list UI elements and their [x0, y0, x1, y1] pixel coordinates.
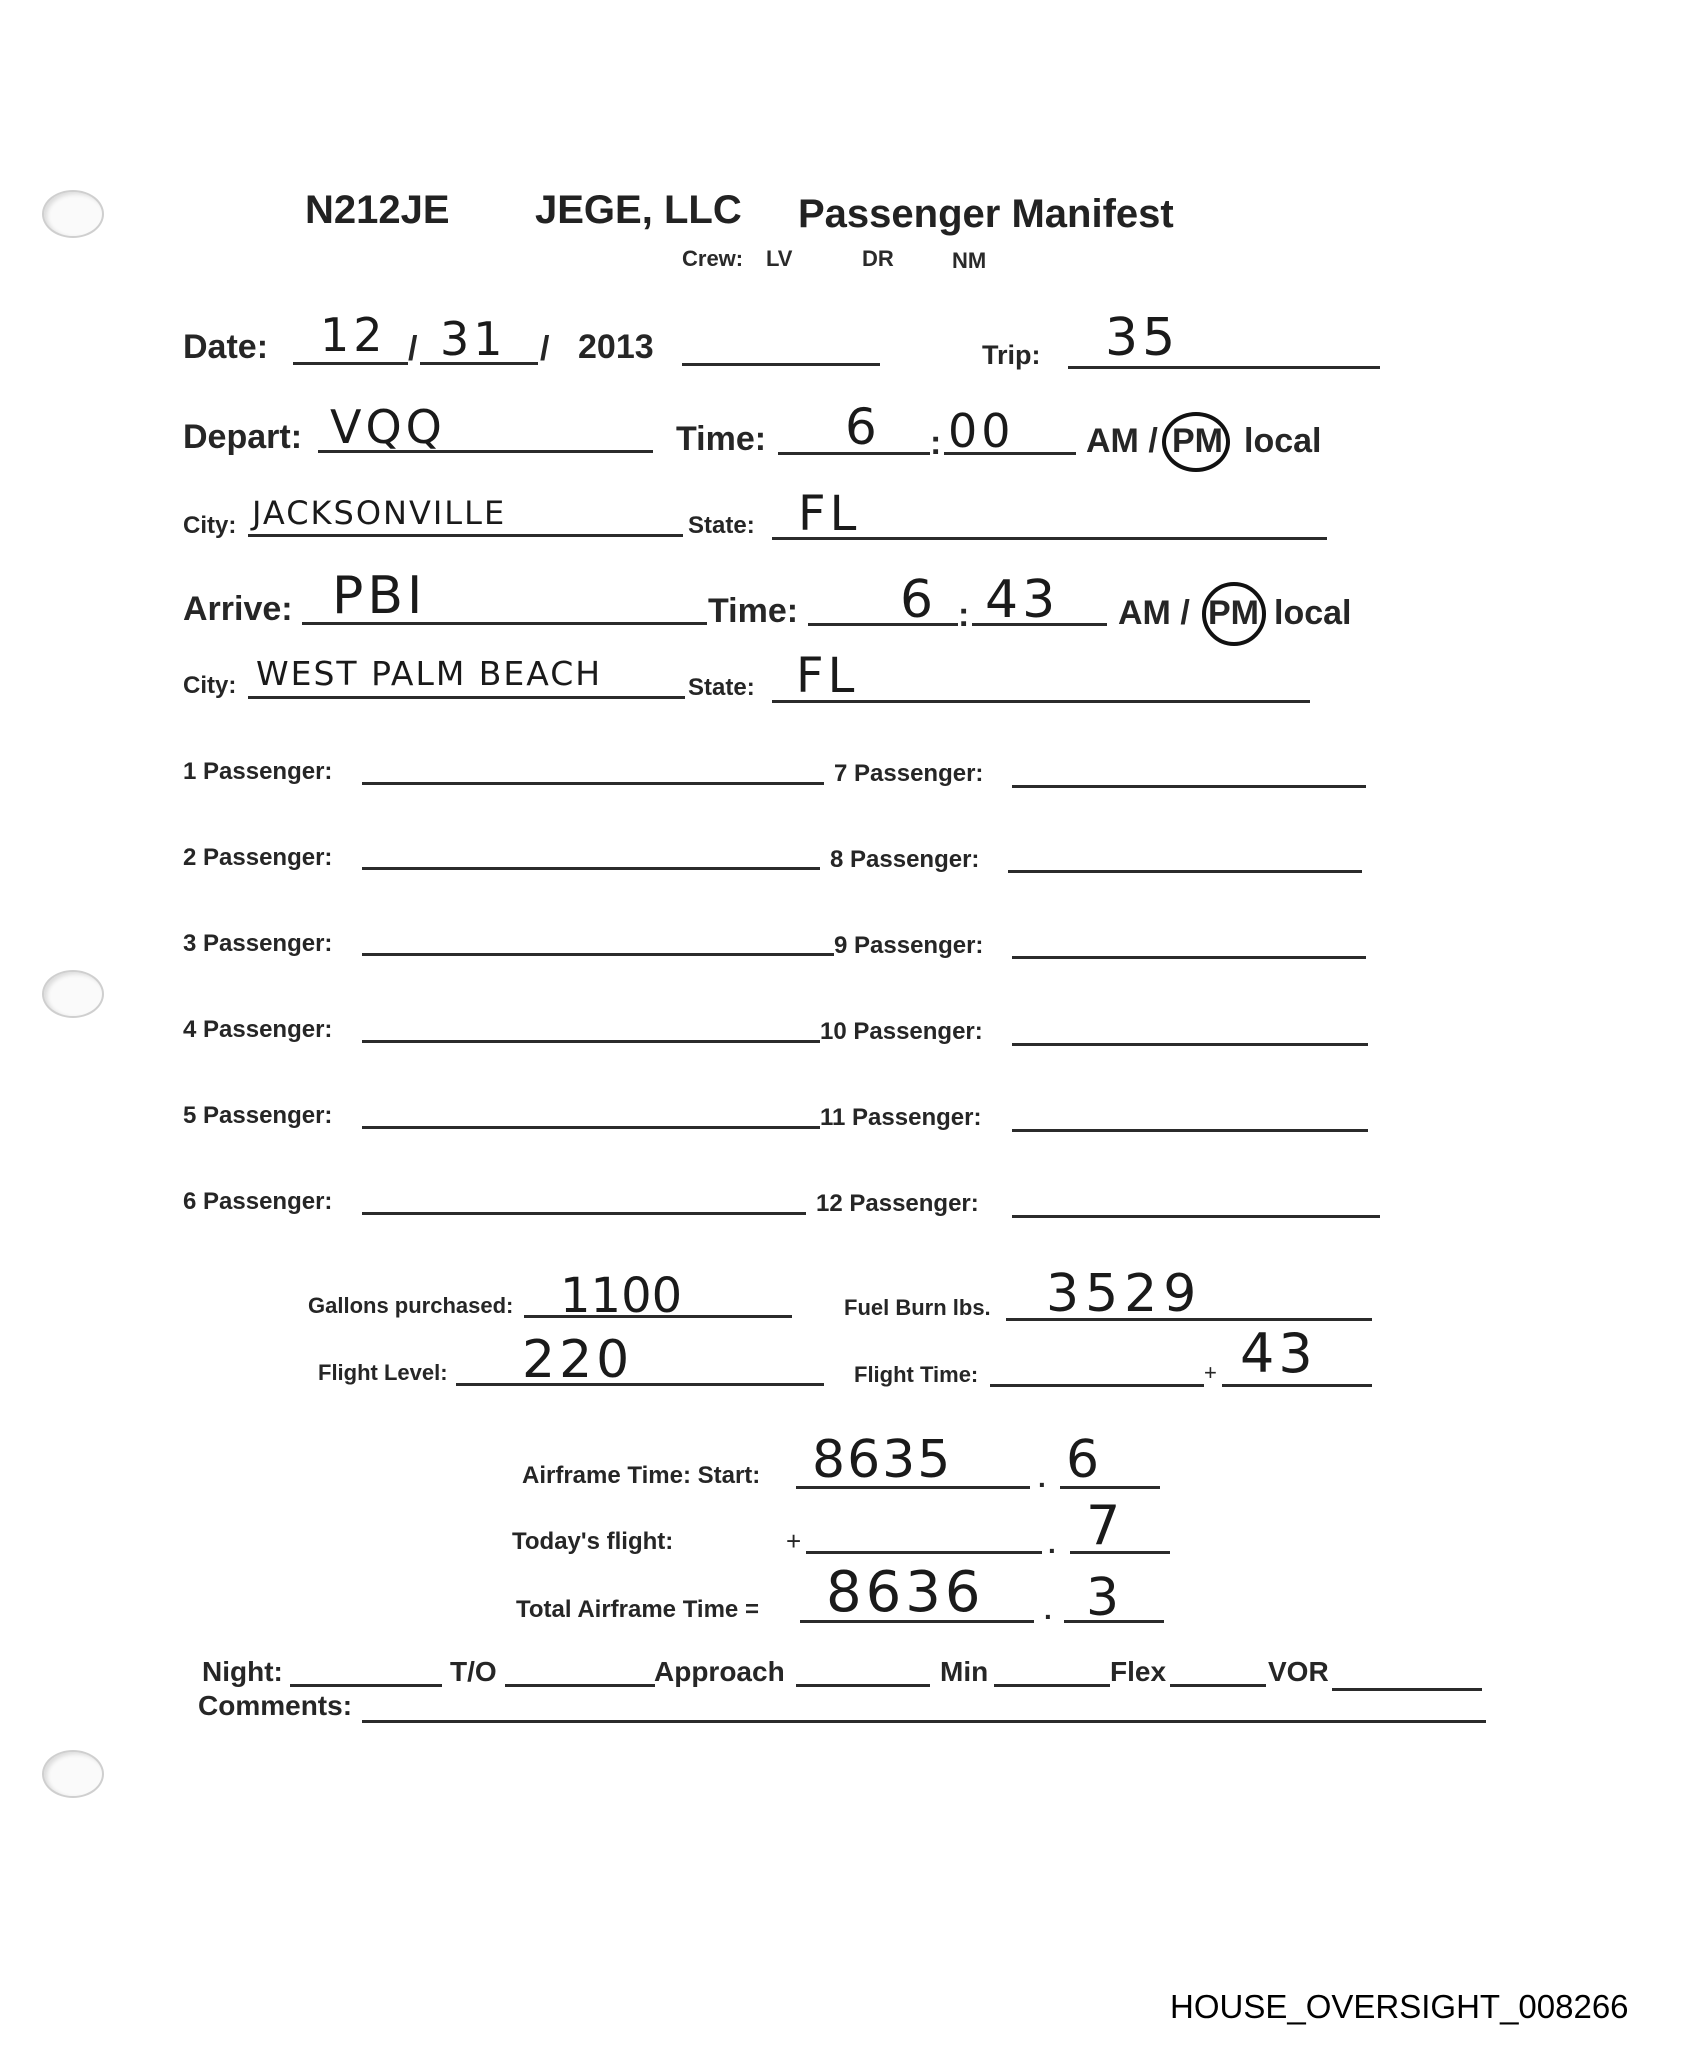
date-separator-1: /: [408, 330, 417, 369]
trip-label: Trip:: [982, 340, 1041, 371]
arrive-minute-field[interactable]: 43: [985, 570, 1059, 630]
crew-member-2: DR: [862, 246, 894, 272]
flight-time-hours-line[interactable]: [990, 1384, 1204, 1387]
depart-city-field[interactable]: JACKSONVILLE: [252, 494, 506, 532]
depart-am-option[interactable]: AM /: [1086, 422, 1158, 461]
approach-field[interactable]: [796, 1684, 930, 1687]
takeoff-label: T/O: [450, 1656, 497, 1688]
date-label: Date:: [183, 328, 268, 367]
total-airframe-label: Total Airframe Time =: [516, 1596, 759, 1624]
arrive-state-field[interactable]: FL: [796, 648, 858, 704]
vor-label: VOR: [1268, 1656, 1329, 1688]
gallons-field[interactable]: 1100: [560, 1268, 682, 1324]
passenger-8-label: 8 Passenger:: [830, 846, 979, 874]
depart-pm-selected-circle: [1162, 412, 1230, 472]
approach-label: Approach: [654, 1656, 785, 1688]
passenger-10-field[interactable]: [1012, 1043, 1368, 1046]
passenger-7-field[interactable]: [1012, 785, 1366, 788]
passenger-2-field[interactable]: [362, 867, 820, 870]
date-day-field[interactable]: 31: [440, 312, 507, 366]
company-name: JEGE, LLC: [535, 188, 742, 233]
depart-airport-field[interactable]: VQQ: [330, 400, 446, 454]
passenger-11-label: 11 Passenger:: [820, 1104, 981, 1132]
todays-flight-plus: +: [786, 1526, 801, 1557]
total-airframe-dot: .: [1044, 1594, 1052, 1626]
passenger-1-field[interactable]: [362, 782, 824, 785]
passenger-4-field[interactable]: [362, 1040, 820, 1043]
arrive-city-line: [248, 696, 685, 699]
min-label: Min: [940, 1656, 988, 1688]
todays-flight-label: Today's flight:: [512, 1528, 673, 1556]
passenger-6-label: 6 Passenger:: [183, 1188, 332, 1216]
arrive-pm-selected-circle: [1202, 582, 1266, 646]
passenger-12-field[interactable]: [1012, 1215, 1380, 1218]
depart-local-label: local: [1244, 422, 1321, 461]
arrive-city-field[interactable]: WEST PALM BEACH: [256, 654, 602, 693]
flex-field[interactable]: [1170, 1684, 1266, 1687]
crew-label: Crew:: [682, 246, 743, 272]
night-field[interactable]: [290, 1684, 442, 1687]
arrive-city-label: City:: [183, 672, 236, 700]
arrive-am-option[interactable]: AM /: [1118, 594, 1190, 633]
airframe-start-label: Airframe Time: Start:: [522, 1462, 760, 1490]
depart-time-label: Time:: [676, 420, 766, 459]
total-airframe-whole-field[interactable]: 8636: [826, 1560, 985, 1625]
passenger-11-field[interactable]: [1012, 1129, 1368, 1132]
total-airframe-decimal-field[interactable]: 3: [1086, 1568, 1123, 1628]
fuel-burn-field[interactable]: 3529: [1046, 1264, 1202, 1324]
arrive-time-colon: :: [958, 596, 969, 635]
depart-state-field[interactable]: FL: [798, 486, 860, 542]
comments-label: Comments:: [198, 1690, 352, 1722]
vor-field[interactable]: [1332, 1688, 1482, 1691]
takeoff-field[interactable]: [505, 1684, 655, 1687]
flight-level-line: [456, 1383, 824, 1386]
passenger-12-label: 12 Passenger:: [816, 1190, 979, 1218]
passenger-4-label: 4 Passenger:: [183, 1016, 332, 1044]
arrive-state-label: State:: [688, 674, 755, 702]
min-field[interactable]: [994, 1684, 1110, 1687]
passenger-5-field[interactable]: [362, 1126, 820, 1129]
fuel-burn-label: Fuel Burn lbs.: [844, 1295, 991, 1321]
date-month-line: [293, 362, 408, 365]
date-separator-2: /: [540, 330, 549, 369]
flight-time-plus: +: [1204, 1360, 1217, 1386]
passenger-6-field[interactable]: [362, 1212, 806, 1215]
crew-member-3: NM: [952, 248, 986, 274]
passenger-1-label: 1 Passenger:: [183, 758, 332, 786]
passenger-7-label: 7 Passenger:: [834, 760, 983, 788]
night-label: Night:: [202, 1656, 283, 1688]
depart-state-label: State:: [688, 512, 755, 540]
arrive-hour-field[interactable]: 6: [900, 570, 937, 630]
gallons-label: Gallons purchased:: [308, 1293, 513, 1319]
flight-time-label: Flight Time:: [854, 1362, 978, 1388]
depart-city-line: [248, 534, 683, 537]
airframe-start-decimal-field[interactable]: 6: [1066, 1430, 1103, 1490]
passenger-8-field[interactable]: [1008, 870, 1362, 873]
crew-member-1: LV: [766, 246, 792, 272]
date-year-line: [682, 363, 880, 366]
flight-level-label: Flight Level:: [318, 1360, 448, 1386]
depart-city-label: City:: [183, 512, 236, 540]
binder-hole-middle: [42, 970, 104, 1018]
tail-number: N212JE: [305, 188, 450, 233]
trip-number-field[interactable]: 35: [1105, 308, 1179, 368]
depart-minute-field[interactable]: 00: [948, 404, 1015, 458]
depart-label: Depart:: [183, 418, 302, 457]
passenger-9-field[interactable]: [1012, 956, 1366, 959]
passenger-9-label: 9 Passenger:: [834, 932, 983, 960]
airframe-start-whole-field[interactable]: 8635: [812, 1430, 952, 1490]
date-year: 2013: [578, 328, 654, 367]
arrive-local-label: local: [1274, 594, 1351, 633]
todays-flight-decimal-field[interactable]: 7: [1086, 1494, 1124, 1557]
passenger-10-label: 10 Passenger:: [820, 1018, 983, 1046]
comments-field[interactable]: [362, 1720, 1486, 1723]
binder-hole-top: [42, 190, 104, 238]
bates-number: HOUSE_OVERSIGHT_008266: [1170, 1988, 1629, 2026]
airframe-start-dot: .: [1038, 1462, 1046, 1494]
page-title: Passenger Manifest: [798, 192, 1174, 237]
arrive-label: Arrive:: [183, 590, 293, 629]
flex-label: Flex: [1110, 1656, 1166, 1688]
arrive-time-label: Time:: [708, 592, 798, 631]
passenger-2-label: 2 Passenger:: [183, 844, 332, 872]
date-month-field[interactable]: 12: [320, 308, 387, 362]
binder-hole-bottom: [42, 1750, 104, 1798]
passenger-5-label: 5 Passenger:: [183, 1102, 332, 1130]
depart-time-colon: :: [930, 424, 941, 463]
passenger-3-label: 3 Passenger:: [183, 930, 332, 958]
arrive-airport-field[interactable]: PBI: [332, 566, 426, 626]
passenger-3-field[interactable]: [362, 953, 834, 956]
flight-level-field[interactable]: 220: [522, 1330, 633, 1390]
flight-time-minutes-field[interactable]: 43: [1240, 1322, 1317, 1385]
todays-flight-whole-line[interactable]: [806, 1551, 1042, 1554]
depart-hour-field[interactable]: 6: [845, 398, 881, 456]
todays-flight-dot: .: [1048, 1528, 1056, 1560]
